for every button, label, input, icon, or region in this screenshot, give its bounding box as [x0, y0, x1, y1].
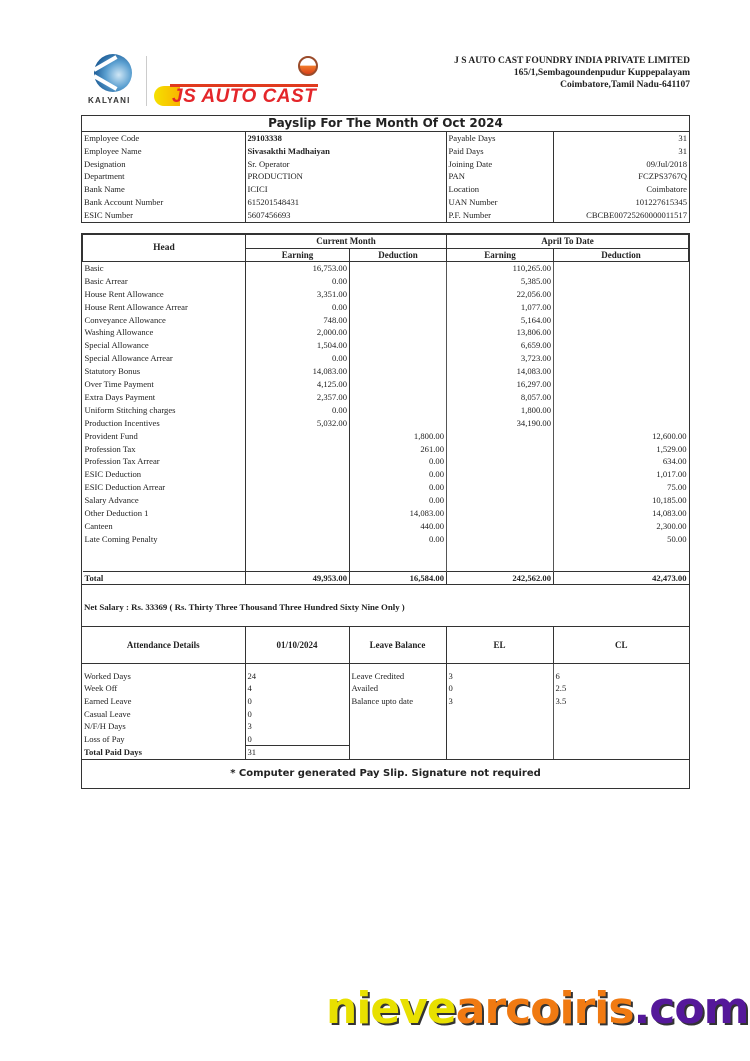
row-cm-earning: [246, 494, 350, 507]
row-cm-earning: 2,357.00: [246, 391, 350, 404]
table-row: Extra Days Payment2,357.008,057.00: [83, 391, 689, 404]
info-row: Employee NameSivasakthi MadhaiyanPaid Da…: [82, 145, 689, 158]
info-value: FCZPS3767Q: [553, 170, 689, 183]
company-logos: KALYANI JS AUTO CAST: [86, 52, 326, 110]
info-label: P.F. Number: [446, 209, 553, 222]
total-cm-deduction: 16,584.00: [350, 571, 447, 584]
attendance-row: Casual Leave0: [82, 708, 689, 721]
row-ytd-deduction: [554, 288, 689, 301]
row-cm-deduction: [350, 352, 447, 365]
attendance-details-header: Attendance Details: [82, 627, 245, 664]
el-header: EL: [446, 627, 553, 664]
row-ytd-deduction: [554, 352, 689, 365]
row-ytd-deduction: [554, 417, 689, 430]
info-label: ESIC Number: [82, 209, 245, 222]
row-ytd-earning: 5,164.00: [447, 313, 554, 326]
row-cm-earning: [246, 520, 350, 533]
leave-balance-header: Leave Balance: [349, 627, 446, 664]
row-ytd-deduction: 14,083.00: [554, 507, 689, 520]
row-cm-earning: [246, 442, 350, 455]
attendance-label: Worked Days: [82, 670, 245, 683]
watermark-part1: nieve: [326, 983, 456, 1034]
table-row: Special Allowance Arrear0.003,723.00: [83, 352, 689, 365]
table-row: Washing Allowance2,000.0013,806.00: [83, 326, 689, 339]
info-value: Coimbatore: [553, 183, 689, 196]
info-value: 615201548431: [245, 196, 446, 209]
table-row: Statutory Bonus14,083.0014,083.00: [83, 365, 689, 378]
row-ytd-earning: [447, 507, 554, 520]
row-cm-deduction: 0.00: [350, 494, 447, 507]
row-ytd-deduction: [554, 326, 689, 339]
row-ytd-earning: [447, 520, 554, 533]
info-label: Paid Days: [446, 145, 553, 158]
attendance-value: 24: [245, 670, 349, 683]
row-cm-earning: 0.00: [246, 404, 350, 417]
row-ytd-earning: 8,057.00: [447, 391, 554, 404]
row-ytd-deduction: [554, 365, 689, 378]
leave-el: 3: [446, 695, 553, 708]
info-row: Bank Account Number615201548431UAN Numbe…: [82, 196, 689, 209]
js-auto-cast-logo: JS AUTO CAST: [152, 56, 322, 108]
row-ytd-earning: [447, 481, 554, 494]
row-cm-earning: 0.00: [246, 301, 350, 314]
row-ytd-deduction: 75.00: [554, 481, 689, 494]
table-row: ESIC Deduction Arrear0.0075.00: [83, 481, 689, 494]
row-head: Salary Advance: [83, 494, 246, 507]
leave-label: Leave Credited: [349, 670, 446, 683]
row-cm-deduction: [350, 417, 447, 430]
row-ytd-deduction: [554, 275, 689, 288]
table-row: Over Time Payment4,125.0016,297.00: [83, 378, 689, 391]
attendance-row: N/F/H Days3: [82, 720, 689, 733]
row-cm-earning: 5,032.00: [246, 417, 350, 430]
info-value: Sivasakthi Madhaiyan: [245, 145, 446, 158]
computer-generated-note: * Computer generated Pay Slip. Signature…: [82, 759, 689, 788]
row-cm-deduction: 0.00: [350, 455, 447, 468]
row-head: Uniform Stitching charges: [83, 404, 246, 417]
row-ytd-earning: [447, 494, 554, 507]
net-salary: Net Salary : Rs. 33369 ( Rs. Thirty Thre…: [82, 584, 689, 626]
info-value: 09/Jul/2018: [553, 158, 689, 171]
attendance-table: Attendance Details 01/10/2024 Leave Bala…: [82, 626, 689, 759]
col-ytd-deduction: Deduction: [554, 248, 689, 262]
info-label: UAN Number: [446, 196, 553, 209]
company-name: J S AUTO CAST FOUNDRY INDIA PRIVATE LIMI…: [454, 55, 690, 67]
attendance-value: 4: [245, 682, 349, 695]
table-row: Late Coming Penalty0.0050.00: [83, 533, 689, 546]
table-row: House Rent Allowance3,351.0022,056.00: [83, 288, 689, 301]
attendance-label: Loss of Pay: [82, 733, 245, 746]
row-ytd-deduction: 2,300.00: [554, 520, 689, 533]
row-ytd-earning: 13,806.00: [447, 326, 554, 339]
info-value: ICICI: [245, 183, 446, 196]
attendance-value: 0: [245, 733, 349, 746]
row-head: House Rent Allowance Arrear: [83, 301, 246, 314]
row-cm-deduction: [350, 404, 447, 417]
kalyani-logo: KALYANI: [86, 52, 146, 110]
row-cm-deduction: 1,800.00: [350, 429, 447, 442]
info-label: Location: [446, 183, 553, 196]
row-head: Special Allowance Arrear: [83, 352, 246, 365]
table-row: [83, 558, 689, 571]
table-row: Profession Tax261.001,529.00: [83, 442, 689, 455]
row-head: Provident Fund: [83, 429, 246, 442]
row-cm-deduction: [350, 365, 447, 378]
total-ytd-earning: 242,562.00: [447, 571, 554, 584]
attendance-row: Total Paid Days31: [82, 746, 689, 759]
row-head: Late Coming Penalty: [83, 533, 246, 546]
row-cm-deduction: [350, 391, 447, 404]
leave-cl: 3.5: [553, 695, 689, 708]
info-value: 101227615345: [553, 196, 689, 209]
info-label: Department: [82, 170, 245, 183]
info-label: Joining Date: [446, 158, 553, 171]
info-value: PRODUCTION: [245, 170, 446, 183]
kalyani-logo-text: KALYANI: [88, 96, 131, 105]
row-cm-earning: 4,125.00: [246, 378, 350, 391]
row-cm-earning: 0.00: [246, 352, 350, 365]
row-head: Basic Arrear: [83, 275, 246, 288]
row-cm-earning: 3,351.00: [246, 288, 350, 301]
info-label: Designation: [82, 158, 245, 171]
row-cm-deduction: [350, 326, 447, 339]
row-cm-deduction: 0.00: [350, 533, 447, 546]
ladle-icon: [298, 56, 318, 76]
leave-cl: 6: [553, 670, 689, 683]
row-cm-deduction: [350, 301, 447, 314]
employee-info-table: Employee Code29103338Payable Days31Emplo…: [82, 132, 689, 222]
row-ytd-deduction: 10,185.00: [554, 494, 689, 507]
row-ytd-earning: 5,385.00: [447, 275, 554, 288]
row-head: Basic: [83, 262, 246, 275]
table-row: Production Incentives5,032.0034,190.00: [83, 417, 689, 430]
attendance-value: 3: [245, 720, 349, 733]
info-label: Employee Name: [82, 145, 245, 158]
info-value: CBCBE00725260000011517: [553, 209, 689, 222]
attendance-value: 0: [245, 695, 349, 708]
info-row: Employee Code29103338Payable Days31: [82, 132, 689, 145]
row-cm-deduction: 0.00: [350, 468, 447, 481]
table-row: Conveyance Allowance748.005,164.00: [83, 313, 689, 326]
row-cm-earning: 0.00: [246, 275, 350, 288]
info-row: DesignationSr. OperatorJoining Date09/Ju…: [82, 158, 689, 171]
table-row: Basic16,753.00110,265.00: [83, 262, 689, 275]
row-ytd-deduction: [554, 391, 689, 404]
row-ytd-earning: 1,077.00: [447, 301, 554, 314]
info-label: Employee Code: [82, 132, 245, 145]
table-row: Basic Arrear0.005,385.00: [83, 275, 689, 288]
row-cm-earning: [246, 468, 350, 481]
info-value: 29103338: [245, 132, 446, 145]
js-auto-cast-logo-text: JS AUTO CAST: [172, 86, 316, 108]
watermark: nievearcoiris.com: [326, 983, 748, 1034]
row-head: Other Deduction 1: [83, 507, 246, 520]
company-address-line2: Coimbatore,Tamil Nadu-641107: [454, 79, 690, 91]
row-head: Production Incentives: [83, 417, 246, 430]
table-row: Salary Advance0.0010,185.00: [83, 494, 689, 507]
info-label: Bank Account Number: [82, 196, 245, 209]
row-head: Conveyance Allowance: [83, 313, 246, 326]
row-head: ESIC Deduction: [83, 468, 246, 481]
total-label: Total: [83, 571, 246, 584]
row-head: Extra Days Payment: [83, 391, 246, 404]
row-cm-deduction: [350, 288, 447, 301]
row-ytd-earning: [447, 455, 554, 468]
col-april-to-date: April To Date: [447, 235, 689, 249]
total-ytd-deduction: 42,473.00: [554, 571, 689, 584]
row-cm-deduction: [350, 339, 447, 352]
company-address-block: J S AUTO CAST FOUNDRY INDIA PRIVATE LIMI…: [454, 55, 690, 91]
total-paid-days-value: 31: [245, 746, 349, 759]
row-ytd-earning: [447, 442, 554, 455]
row-ytd-earning: 22,056.00: [447, 288, 554, 301]
total-row: Total 49,953.00 16,584.00 242,562.00 42,…: [83, 571, 689, 584]
leave-cl: 2.5: [553, 682, 689, 695]
row-cm-earning: [246, 507, 350, 520]
row-ytd-deduction: 1,529.00: [554, 442, 689, 455]
info-row: DepartmentPRODUCTIONPANFCZPS3767Q: [82, 170, 689, 183]
row-ytd-deduction: [554, 262, 689, 275]
row-head: Statutory Bonus: [83, 365, 246, 378]
leave-el: 3: [446, 670, 553, 683]
info-value: 31: [553, 132, 689, 145]
row-cm-deduction: 440.00: [350, 520, 447, 533]
earnings-deductions-table: Head Current Month April To Date Earning…: [82, 234, 689, 584]
attendance-label: Week Off: [82, 682, 245, 695]
leave-label: Balance upto date: [349, 695, 446, 708]
info-row: Bank NameICICILocationCoimbatore: [82, 183, 689, 196]
row-head: Canteen: [83, 520, 246, 533]
table-row: Special Allowance1,504.006,659.00: [83, 339, 689, 352]
watermark-part3: .com: [634, 983, 749, 1034]
col-cm-deduction: Deduction: [350, 248, 447, 262]
attendance-value: 0: [245, 708, 349, 721]
row-ytd-deduction: 1,017.00: [554, 468, 689, 481]
table-row: Uniform Stitching charges0.001,800.00: [83, 404, 689, 417]
row-ytd-earning: 1,800.00: [447, 404, 554, 417]
info-value: Sr. Operator: [245, 158, 446, 171]
row-cm-earning: [246, 533, 350, 546]
row-ytd-earning: 6,659.00: [447, 339, 554, 352]
company-address-line1: 165/1,Sembagoundenpudur Kuppepalayam: [454, 67, 690, 79]
row-ytd-deduction: [554, 313, 689, 326]
table-row: House Rent Allowance Arrear0.001,077.00: [83, 301, 689, 314]
row-head: Special Allowance: [83, 339, 246, 352]
row-head: Profession Tax Arrear: [83, 455, 246, 468]
row-ytd-earning: [447, 468, 554, 481]
earnings-deductions-box: Head Current Month April To Date Earning…: [81, 233, 690, 789]
leave-label: Availed: [349, 682, 446, 695]
row-ytd-earning: 16,297.00: [447, 378, 554, 391]
row-cm-deduction: [350, 262, 447, 275]
row-ytd-earning: 14,083.00: [447, 365, 554, 378]
row-ytd-deduction: [554, 301, 689, 314]
row-cm-earning: 1,504.00: [246, 339, 350, 352]
col-ytd-earning: Earning: [447, 248, 554, 262]
col-cm-earning: Earning: [246, 248, 350, 262]
info-value: 5607456693: [245, 209, 446, 222]
row-cm-earning: 16,753.00: [246, 262, 350, 275]
row-ytd-deduction: 50.00: [554, 533, 689, 546]
row-ytd-deduction: [554, 404, 689, 417]
attendance-label: Casual Leave: [82, 708, 245, 721]
info-label: Bank Name: [82, 183, 245, 196]
total-paid-days-label: Total Paid Days: [82, 746, 245, 759]
row-ytd-earning: 110,265.00: [447, 262, 554, 275]
table-row: Provident Fund1,800.0012,600.00: [83, 429, 689, 442]
watermark-part2: arcoiris: [456, 983, 634, 1034]
row-cm-deduction: 14,083.00: [350, 507, 447, 520]
row-cm-earning: [246, 429, 350, 442]
attendance-row: Loss of Pay0: [82, 733, 689, 746]
row-cm-earning: [246, 481, 350, 494]
table-row: ESIC Deduction0.001,017.00: [83, 468, 689, 481]
table-row: [83, 545, 689, 558]
row-head: ESIC Deduction Arrear: [83, 481, 246, 494]
total-cm-earning: 49,953.00: [246, 571, 350, 584]
payslip-title: Payslip For The Month Of Oct 2024: [82, 116, 689, 132]
row-cm-earning: [246, 455, 350, 468]
row-ytd-deduction: [554, 378, 689, 391]
row-ytd-earning: [447, 533, 554, 546]
row-head: Over Time Payment: [83, 378, 246, 391]
row-ytd-earning: [447, 429, 554, 442]
row-cm-deduction: 261.00: [350, 442, 447, 455]
info-label: Payable Days: [446, 132, 553, 145]
attendance-label: N/F/H Days: [82, 720, 245, 733]
info-row: ESIC Number5607456693P.F. NumberCBCBE007…: [82, 209, 689, 222]
cl-header: CL: [553, 627, 689, 664]
table-row: Other Deduction 114,083.0014,083.00: [83, 507, 689, 520]
employee-info-box: Payslip For The Month Of Oct 2024 Employ…: [81, 115, 690, 223]
row-ytd-earning: 34,190.00: [447, 417, 554, 430]
row-cm-deduction: [350, 275, 447, 288]
table-row: Profession Tax Arrear0.00634.00: [83, 455, 689, 468]
row-cm-deduction: [350, 378, 447, 391]
row-ytd-deduction: 12,600.00: [554, 429, 689, 442]
logo-divider: [146, 56, 147, 106]
col-current-month: Current Month: [246, 235, 447, 249]
row-cm-deduction: 0.00: [350, 481, 447, 494]
row-head: Profession Tax: [83, 442, 246, 455]
info-value: 31: [553, 145, 689, 158]
row-cm-earning: 14,083.00: [246, 365, 350, 378]
attendance-row: Week Off4Availed02.5: [82, 682, 689, 695]
row-cm-earning: 748.00: [246, 313, 350, 326]
col-head: Head: [83, 235, 246, 262]
row-ytd-earning: 3,723.00: [447, 352, 554, 365]
attendance-label: Earned Leave: [82, 695, 245, 708]
row-ytd-deduction: [554, 339, 689, 352]
row-ytd-deduction: 634.00: [554, 455, 689, 468]
row-cm-earning: 2,000.00: [246, 326, 350, 339]
kalyani-emblem-icon: [94, 54, 132, 92]
row-cm-deduction: [350, 313, 447, 326]
table-row: Canteen440.002,300.00: [83, 520, 689, 533]
info-label: PAN: [446, 170, 553, 183]
attendance-row: Earned Leave0Balance upto date33.5: [82, 695, 689, 708]
attendance-header-row: Attendance Details 01/10/2024 Leave Bala…: [82, 627, 689, 664]
attendance-row: Worked Days24Leave Credited36: [82, 670, 689, 683]
leave-el: 0: [446, 682, 553, 695]
row-head: Washing Allowance: [83, 326, 246, 339]
row-head: House Rent Allowance: [83, 288, 246, 301]
attendance-date-header: 01/10/2024: [245, 627, 349, 664]
